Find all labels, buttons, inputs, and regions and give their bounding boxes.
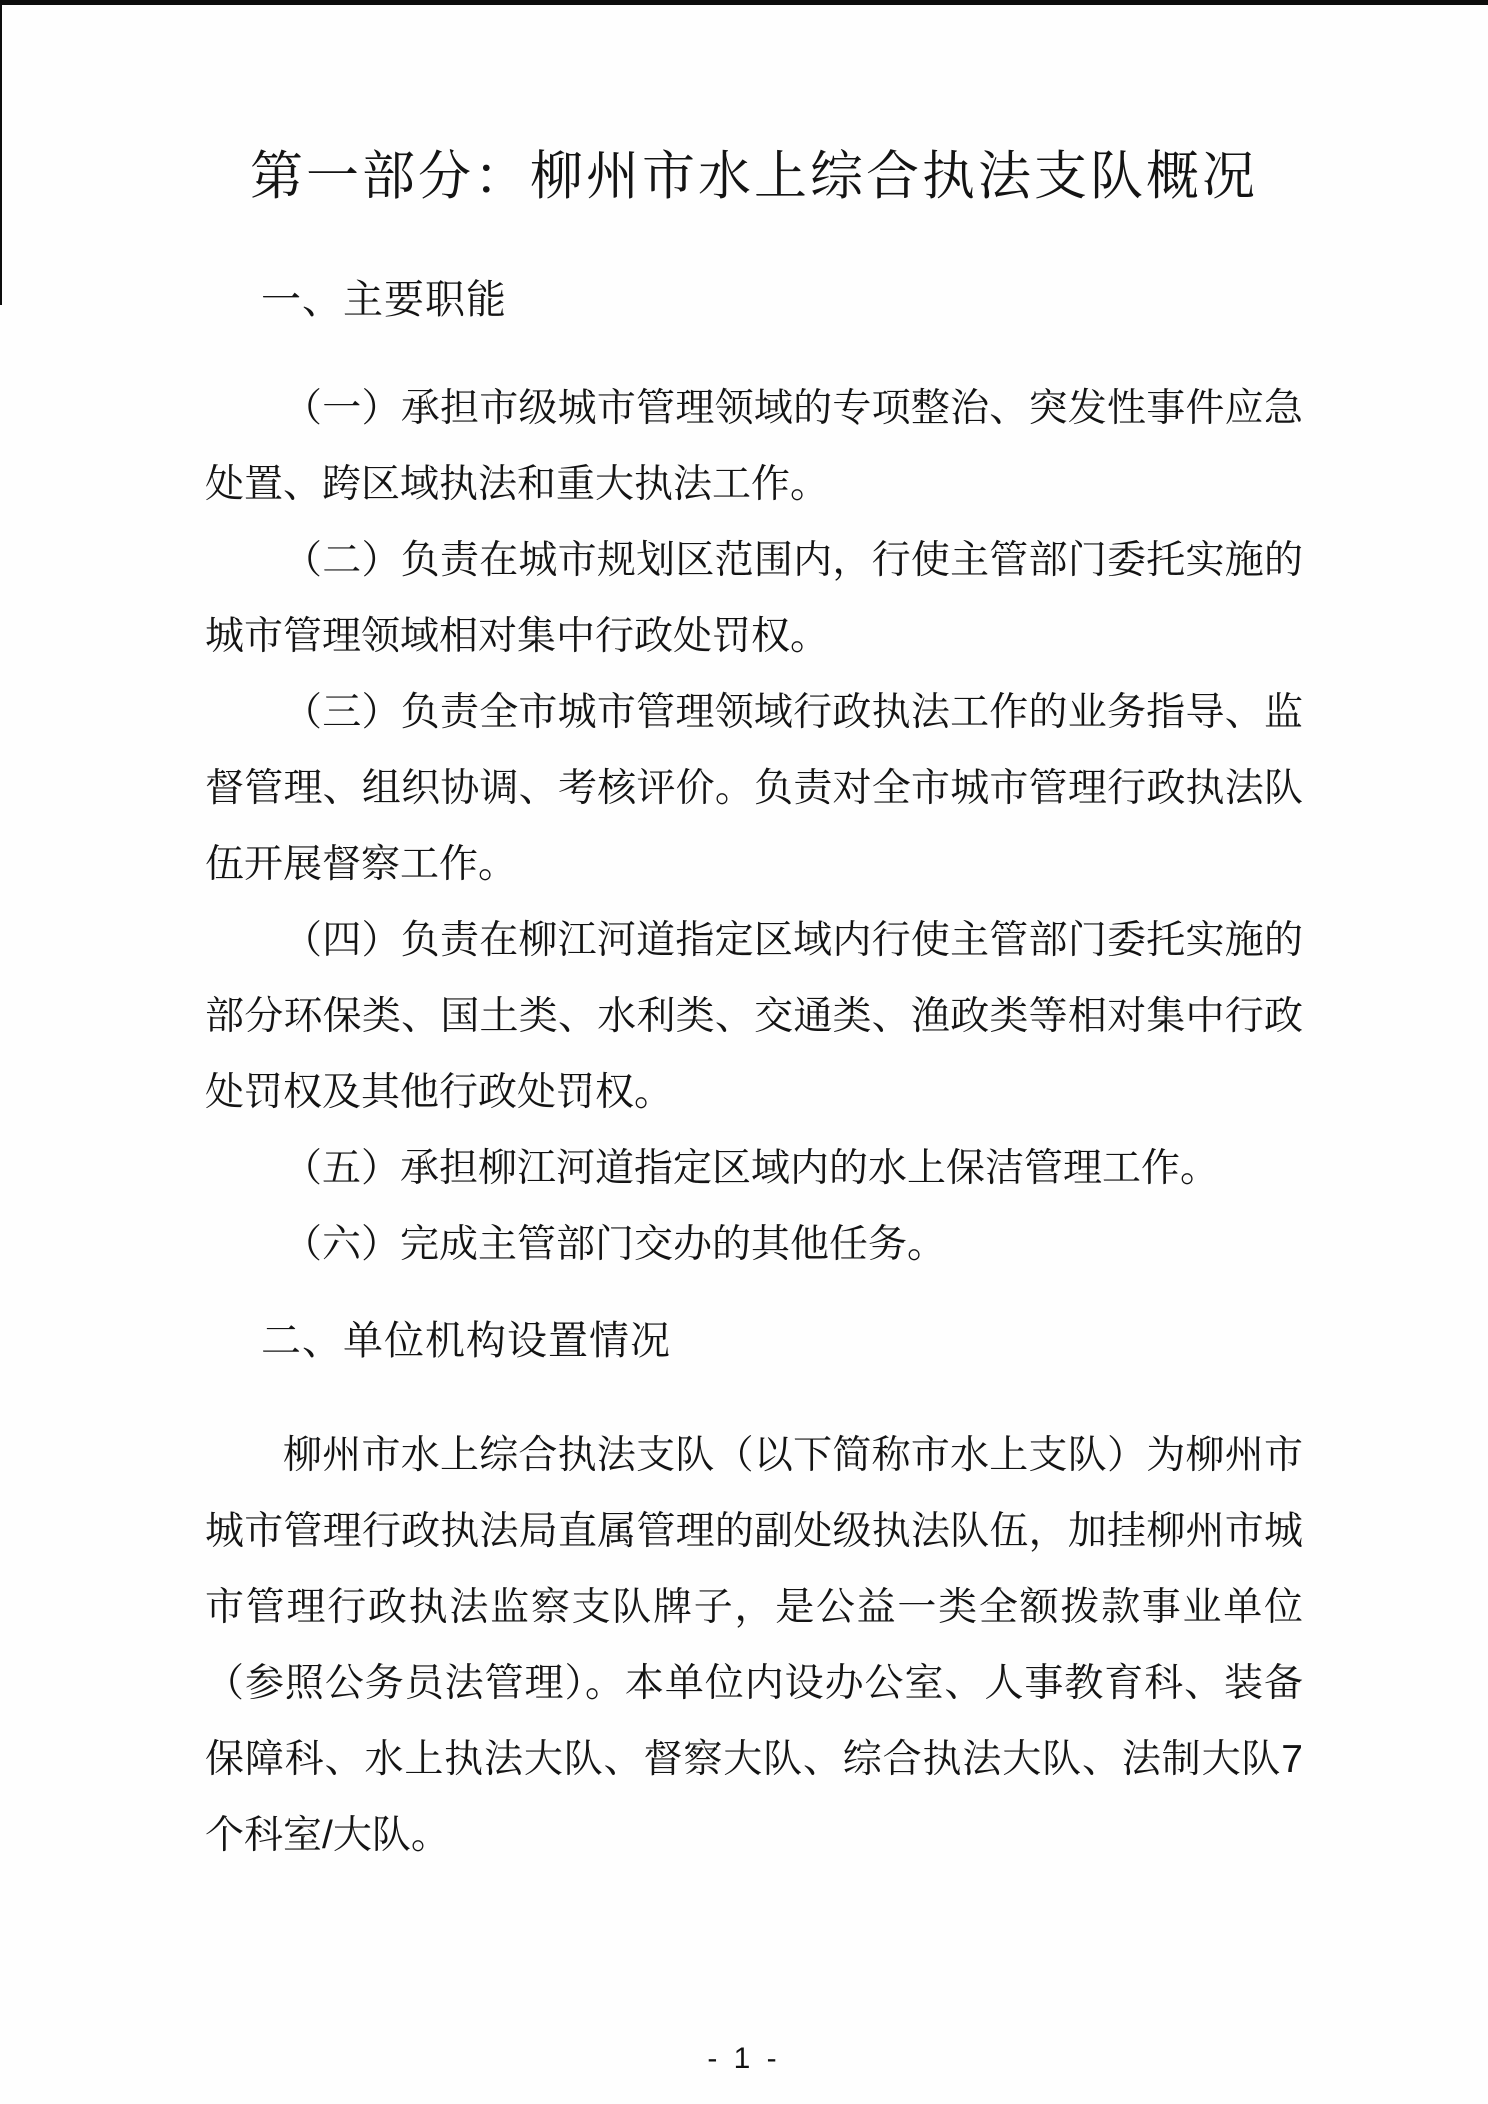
paragraph-duty-4: （四）负责在柳江河道指定区域内行使主管部门委托实施的部分环保类、国土类、水利类、… [205,903,1303,1131]
section-heading-main-duties: 一、主要职能 [205,205,1303,323]
scan-artifact-top-bar [0,0,1488,5]
page-number: - 1 - [0,2042,1488,2076]
section-body-organization: 柳州市水上综合执法支队（以下简称市水上支队）为柳州市城市管理行政执法局直属管理的… [205,1418,1303,1874]
section-body-main-duties: （一）承担市级城市管理领域的专项整治、突发性事件应急处置、跨区域执法和重大执法工… [205,371,1303,1283]
paragraph-duty-2: （二）负责在城市规划区范围内，行使主管部门委托实施的城市管理领域相对集中行政处罚… [205,523,1303,675]
document-content: 第一部分：柳州市水上综合执法支队概况 一、主要职能 （一）承担市级城市管理领域的… [0,0,1488,1874]
section-heading-organization: 二、单位机构设置情况 [205,1318,1303,1364]
paragraph-duty-3: （三）负责全市城市管理领域行政执法工作的业务指导、监督管理、组织协调、考核评价。… [205,675,1303,903]
paragraph-organization: 柳州市水上综合执法支队（以下简称市水上支队）为柳州市城市管理行政执法局直属管理的… [205,1418,1303,1874]
scan-artifact-left-bar [0,0,2,305]
paragraph-duty-6: （六）完成主管部门交办的其他任务。 [205,1207,1303,1283]
page-title: 第一部分：柳州市水上综合执法支队概况 [205,0,1303,205]
paragraph-duty-5: （五）承担柳江河道指定区域内的水上保洁管理工作。 [205,1131,1303,1207]
paragraph-duty-1: （一）承担市级城市管理领域的专项整治、突发性事件应急处置、跨区域执法和重大执法工… [205,371,1303,523]
document-page: 第一部分：柳州市水上综合执法支队概况 一、主要职能 （一）承担市级城市管理领域的… [0,0,1488,2104]
